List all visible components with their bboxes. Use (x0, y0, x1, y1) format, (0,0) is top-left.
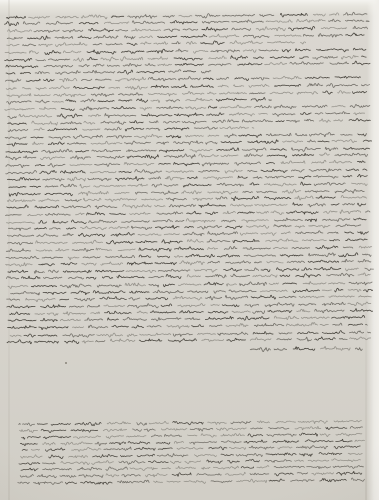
inverted-postscript-block (17, 419, 365, 485)
main-text-block (3, 12, 374, 344)
signature-line (250, 346, 362, 352)
manuscript-scan (0, 0, 379, 500)
handwriting-layer (0, 0, 379, 500)
